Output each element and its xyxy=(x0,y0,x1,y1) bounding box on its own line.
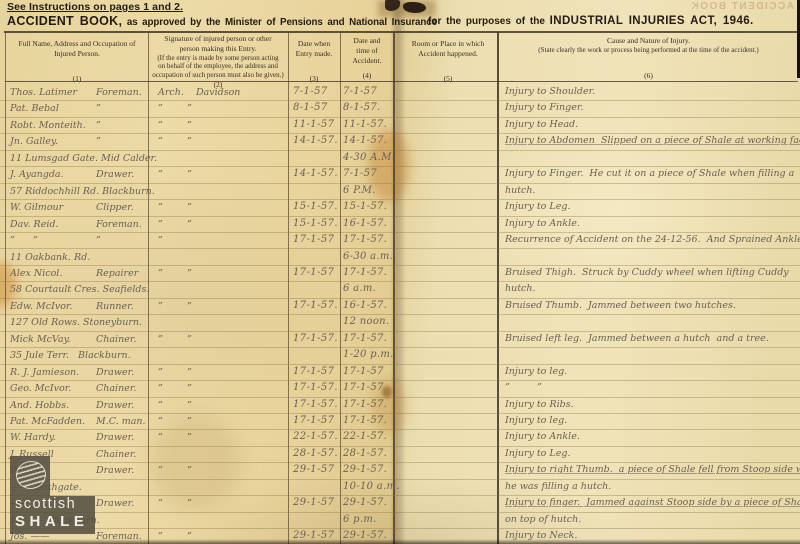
table-row: Robt. Monteith.”” ”11-1-5711-1-57.Injury… xyxy=(0,117,800,134)
table-row: Alex Nicol.Repairer” ”17-1-5717-1-57.Bru… xyxy=(0,265,800,282)
entry-name: ” ” xyxy=(10,236,146,246)
entry-date-made: 14-1-57. xyxy=(293,169,338,179)
entry-signature: ” ” xyxy=(158,499,286,509)
accident-date-time: 6 P.M. xyxy=(343,186,376,196)
table-row: Edw. McIvor.Runner.” ”17-1-57.16-1-57.Br… xyxy=(0,298,800,315)
accident-date-time: 29-1-57. xyxy=(343,465,387,475)
table-row: 12 —— Blackburn.6 p.m.on top of hutch. xyxy=(0,512,800,529)
injury-cause: Injury to right Thumb. a piece of Shale … xyxy=(505,465,800,475)
injury-cause: Injury to Finger. He cut it on a piece o… xyxy=(505,169,794,179)
injury-cause: Injury to Leg. xyxy=(505,449,570,459)
accident-date-time: 7-1-57 xyxy=(343,169,377,179)
entry-occupation: Chainer. xyxy=(96,450,136,460)
injury-cause: hutch. xyxy=(505,284,536,294)
entry-date-made: 17-1-57 xyxy=(293,416,334,426)
accident-date-time: 17-1-57. xyxy=(343,334,387,344)
entry-name: 127 Old Rows. Stoneyburn. xyxy=(10,318,146,328)
accident-date-time: 15-1-57. xyxy=(343,202,387,212)
shale-bing-sketch-icon xyxy=(14,459,48,491)
entry-name: 11 Lumsgad Gate. Mid Calder. xyxy=(10,154,146,164)
entry-occupation: ” xyxy=(96,104,101,114)
accident-date-time: 1-20 p.m. xyxy=(343,350,394,360)
accident-date-time: 28-1-57. xyxy=(343,449,387,459)
table-row: Mick McVay.Chainer.” ”17-1-57.17-1-57.Br… xyxy=(0,331,800,348)
entry-date-made: 11-1-57 xyxy=(293,120,334,130)
entry-signature: ” ” xyxy=(158,269,286,279)
entry-date-made: 15-1-57. xyxy=(293,202,338,212)
injury-cause: Injury to Ankle. xyxy=(505,219,580,229)
accident-date-time: 7-1-57 xyxy=(343,87,377,97)
injury-cause: he was filling a hutch. xyxy=(505,482,611,492)
table-row: Thos. LatimerForeman.Arch. Davidson7-1-5… xyxy=(0,84,800,101)
entry-date-made: 17-1-57 xyxy=(293,235,334,245)
entry-date-made: 17-1-57. xyxy=(293,301,338,311)
scanned-accident-book-page: { "document": { "instructions": "See Ins… xyxy=(0,0,800,544)
accident-date-time: 16-1-57. xyxy=(343,301,387,311)
injury-cause: on top of hutch. xyxy=(505,515,581,525)
scottish-shale-logo-square xyxy=(10,456,50,496)
entry-occupation: Drawer. xyxy=(96,170,134,180)
table-row: W. ——Drawer.” ”29-1-5729-1-57.Injury to … xyxy=(0,462,800,479)
table-row: Geo. McIvor.Chainer.” ”17-1-57.17-1-57” … xyxy=(0,380,800,397)
entry-signature: ” ” xyxy=(158,203,286,213)
entry-signature: ” ” xyxy=(158,104,286,114)
accident-date-time: 17-1-57. xyxy=(343,416,387,426)
entry-name: Robt. Monteith. xyxy=(10,121,146,131)
table-row: Jn. Galley.”” ”14-1-57.14-1-57.Injury to… xyxy=(0,133,800,150)
entry-occupation: Drawer. xyxy=(96,499,134,509)
entry-occupation: ” xyxy=(96,137,101,147)
entry-signature: ” ” xyxy=(158,433,286,443)
accident-date-time: 6-30 a.m. xyxy=(343,252,393,262)
injury-cause: hutch. xyxy=(505,186,536,196)
entry-occupation: Drawer. xyxy=(96,466,134,476)
entry-occupation: ” xyxy=(96,236,101,246)
entry-occupation: Drawer. xyxy=(96,433,134,443)
entry-date-made: 17-1-57 xyxy=(293,268,334,278)
accident-date-time: 17-1-57. xyxy=(343,268,387,278)
accident-date-time: 4-30 A.M. xyxy=(343,153,395,163)
table-row: ——Drawer.” ”29-1-5729-1-57.Injury to fin… xyxy=(0,495,800,512)
entry-date-made: 28-1-57. xyxy=(293,449,338,459)
entry-date-made: 29-1-57 xyxy=(293,465,334,475)
entry-name: 58 Courtault Cres. Seafields. xyxy=(10,285,146,295)
injury-cause: Injury to leg. xyxy=(505,367,567,377)
table-row: J. RussellChainer.28-1-57.28-1-57.Injury… xyxy=(0,446,800,463)
entry-signature: ” ” xyxy=(158,466,286,476)
accident-date-time: 29-1-57. xyxy=(343,498,387,508)
entry-signature: ” ” xyxy=(158,137,286,147)
accident-date-time: 10-10 a.m. xyxy=(343,482,400,492)
table-row: 57 Riddochhill Rd. Blackburn.6 P.M.hutch… xyxy=(0,183,800,200)
injury-cause: Injury to leg. xyxy=(505,416,567,426)
entry-signature: ” ” xyxy=(158,121,286,131)
accident-date-time: 11-1-57. xyxy=(343,120,387,130)
entry-name: 35 Jule Terr. Blackburn. xyxy=(10,351,146,361)
accident-date-time: 17-1-57. xyxy=(343,400,387,410)
entry-signature: ” ” xyxy=(158,302,286,312)
table-row: 11 Oakbank. Rd.6-30 a.m. xyxy=(0,249,800,266)
accident-date-time: 6 a.m. xyxy=(343,284,376,294)
accident-date-time: 14-1-57. xyxy=(343,136,387,146)
accident-date-time: 17-1-57 xyxy=(343,367,384,377)
entry-occupation: Clipper. xyxy=(96,203,134,213)
table-row: 58 Courtault Cres. Seafields.6 a.m.hutch… xyxy=(0,281,800,298)
entry-date-made: 17-1-57. xyxy=(293,383,338,393)
table-row: 11 Lumsgad Gate. Mid Calder.4-30 A.M. xyxy=(0,150,800,167)
entry-occupation: Foreman. xyxy=(96,220,142,230)
entry-name: Pat. Bebal xyxy=(10,104,146,114)
injury-cause: Injury to Ankle. xyxy=(505,432,580,442)
entry-signature: ” ” xyxy=(158,384,286,394)
entry-date-made: 8-1-57 xyxy=(293,103,328,113)
injury-cause: Injury to Shoulder. xyxy=(505,87,595,97)
entry-occupation: ” xyxy=(96,121,101,131)
entry-date-made: 7-1-57 xyxy=(293,87,328,97)
entry-name: 11 Oakbank. Rd. xyxy=(10,253,146,263)
scan-edge-bottom xyxy=(0,539,800,544)
entry-date-made: 22-1-57. xyxy=(293,432,338,442)
accident-date-time: 17-1-57 xyxy=(343,383,384,393)
entry-signature: ” ” xyxy=(158,401,286,411)
entry-occupation: Drawer. xyxy=(96,368,134,378)
entry-date-made: 14-1-57. xyxy=(293,136,338,146)
entry-signature: ” ” xyxy=(158,335,286,345)
entry-date-made: 29-1-57 xyxy=(293,498,334,508)
watermark-line1: scottish xyxy=(15,496,95,513)
table-row: ——. Bathgate.10-10 a.m.he was filling a … xyxy=(0,479,800,496)
entry-occupation: M.C. man. xyxy=(96,417,146,427)
injury-cause: Injury to Ribs. xyxy=(505,400,574,410)
entry-date-made: 17-1-57 xyxy=(293,367,334,377)
entry-date-made: 17-1-57. xyxy=(293,400,338,410)
accident-date-time: 8-1-57. xyxy=(343,103,381,113)
injury-cause: Injury to Abdomen Slipped on a piece of … xyxy=(505,136,800,146)
accident-date-time: 17-1-57. xyxy=(343,235,387,245)
entry-name: 57 Riddochhill Rd. Blackburn. xyxy=(10,187,146,197)
table-row: W. Hardy.Drawer.” ”22-1-57.22-1-57.Injur… xyxy=(0,429,800,446)
injury-cause: Injury to finger. Jammed against Stoop s… xyxy=(505,498,800,508)
table-row: ” ”””17-1-5717-1-57.Recurrence of Accide… xyxy=(0,232,800,249)
entry-signature: ” ” xyxy=(158,368,286,378)
entry-signature: ” ” xyxy=(158,417,286,427)
entry-occupation: Runner. xyxy=(96,302,134,312)
accident-date-time: 6 p.m. xyxy=(343,515,377,525)
table-row: Pat. McFadden.M.C. man.” ”17-1-5717-1-57… xyxy=(0,413,800,430)
accident-date-time: 12 noon. xyxy=(343,317,389,327)
entry-signature: ” ” xyxy=(158,220,286,230)
table-row: 35 Jule Terr. Blackburn.1-20 p.m. xyxy=(0,347,800,364)
entry-date-made: 15-1-57. xyxy=(293,219,338,229)
injury-cause: Recurrence of Accident on the 24-12-56. … xyxy=(505,235,800,245)
entry-occupation: Chainer. xyxy=(96,335,136,345)
entry-name: Jn. Galley. xyxy=(10,137,146,147)
injury-cause: Injury to Head. xyxy=(505,120,578,130)
table-row: Pat. Bebal”” ”8-1-578-1-57.Injury to Fin… xyxy=(0,100,800,117)
entry-occupation: Drawer. xyxy=(96,401,134,411)
entry-signature: ” ” xyxy=(158,170,286,180)
table-row: J. Ayangda.Drawer.” ”14-1-57.7-1-57Injur… xyxy=(0,166,800,183)
injury-cause: Bruised left leg. Jammed between a hutch… xyxy=(505,334,769,344)
scottish-shale-watermark: scottish SHALE xyxy=(10,496,95,534)
entry-signature: Arch. Davidson xyxy=(158,88,286,98)
entries-rows-layer: Thos. LatimerForeman.Arch. Davidson7-1-5… xyxy=(0,0,800,544)
table-row: Dav. Reid.Foreman.” ”15-1-57.16-1-57.Inj… xyxy=(0,216,800,233)
table-row: W. GilmourClipper.” ”15-1-57.15-1-57.Inj… xyxy=(0,199,800,216)
injury-cause: Bruised Thumb. Jammed between two hutche… xyxy=(505,301,736,311)
table-row: 127 Old Rows. Stoneyburn.12 noon. xyxy=(0,314,800,331)
accident-date-time: 22-1-57. xyxy=(343,432,387,442)
table-row: R. J. Jamieson.Drawer.” ”17-1-5717-1-57I… xyxy=(0,364,800,381)
table-row: And. Hobbs.Drawer.” ”17-1-57.17-1-57.Inj… xyxy=(0,397,800,414)
accident-date-time: 16-1-57. xyxy=(343,219,387,229)
watermark-line2: SHALE xyxy=(15,513,95,530)
injury-cause: Injury to Leg. xyxy=(505,202,570,212)
entry-date-made: 17-1-57. xyxy=(293,334,338,344)
entry-occupation: Foreman. xyxy=(96,88,142,98)
injury-cause: Injury to Finger. xyxy=(505,103,583,113)
entry-occupation: Repairer xyxy=(96,269,138,279)
entry-occupation: Chainer. xyxy=(96,384,136,394)
injury-cause: ” ” xyxy=(505,383,542,393)
injury-cause: Bruised Thigh. Struck by Cuddy wheel whe… xyxy=(505,268,789,278)
entry-signature: ” xyxy=(158,236,286,246)
